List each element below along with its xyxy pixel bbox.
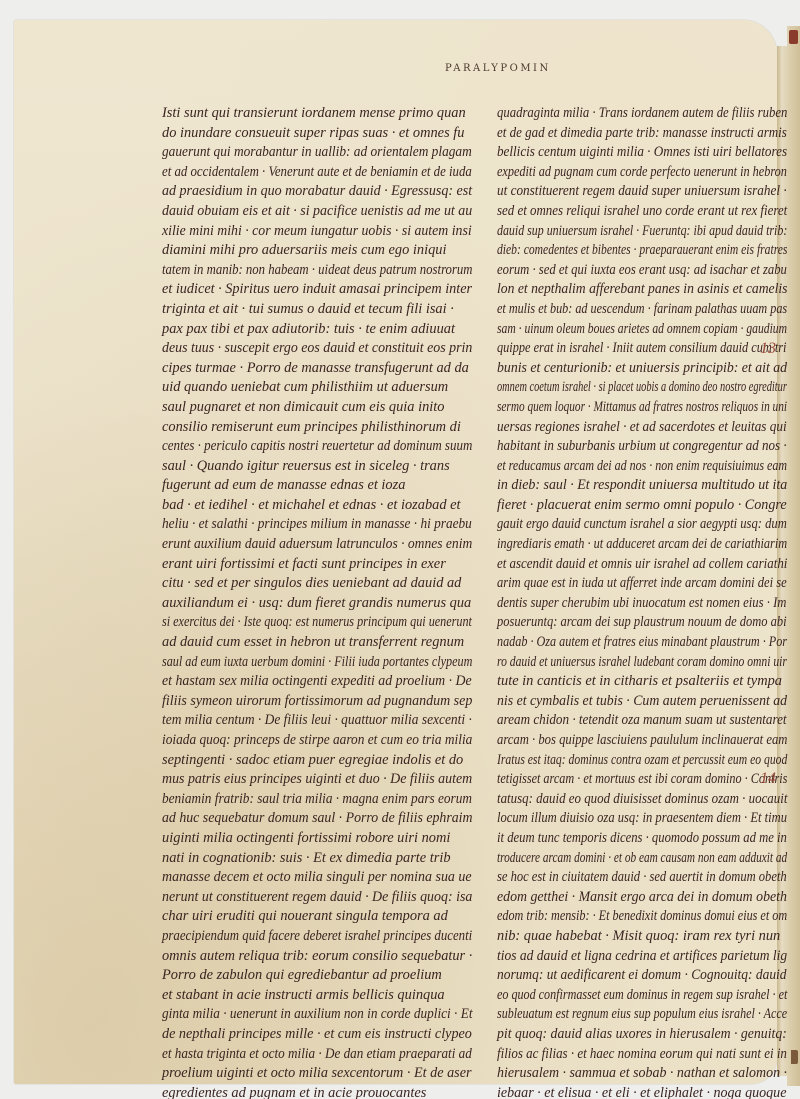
text-line: et hastam sex milia octingenti expediti …: [162, 672, 461, 692]
text-line: saul ad eum iuxta uerbum domini · Filii …: [162, 653, 424, 673]
text-line: et ascendit dauid et omnis uir israhel a…: [497, 555, 757, 575]
text-line: nadab · Oza autem et fratres eius minaba…: [497, 633, 742, 653]
text-line: citu · sed et per singulos dies uenieban…: [162, 574, 472, 594]
text-line: ut constituerent regem dauid super uniue…: [497, 182, 763, 202]
text-line: nerunt ut constituerent regem dauid · De…: [162, 888, 462, 908]
text-line: nis et cymbalis et tubis · Cum autem per…: [497, 692, 775, 712]
text-line: dentis super cherubim ubi inuocatum est …: [497, 594, 752, 614]
text-line: triginta et ait · tui sumus o dauid et t…: [162, 300, 472, 320]
text-line: in dieb: saul · Et respondit uniuersa mu…: [497, 476, 778, 496]
text-line: ad huc sequebatur domum saul · Porro de …: [162, 809, 461, 829]
text-line: bellicis centum uiginti milia · Omnes is…: [497, 143, 761, 163]
text-line: sam · uinum oleum boues arietes ad omnem…: [497, 320, 731, 340]
text-line: nib: quae habebat · Misit quoq: iram rex…: [497, 927, 787, 947]
text-line: tios ad dauid et ligna cedrina et artifi…: [497, 947, 769, 967]
text-line: subleuatum est regnum eius sup populum e…: [497, 1005, 740, 1025]
text-line: eorum · sed et qui iuxta eos erant usq: …: [497, 261, 752, 281]
text-line: omnem coetum israhel · si placet uobis a…: [497, 378, 706, 398]
text-line: ingrediaris emath · ut adduceret arcam d…: [497, 535, 745, 555]
text-line: tatem in manib: non habeam · uideat deus…: [162, 261, 437, 281]
text-line: fugerunt ad eum de manasse ednas et ioza: [162, 476, 472, 496]
text-line: troducere arcam domini · et ob eam causa…: [497, 849, 724, 869]
text-line: hierusalem · sammua et sobab · nathan et…: [497, 1064, 778, 1084]
text-column-left: Isti sunt qui transierunt iordanem mense…: [162, 104, 472, 1099]
text-line: fieret · placuerat enim sermo omni popul…: [497, 496, 781, 516]
text-line: omnis autem reliqua trib: eorum consilio…: [162, 947, 471, 967]
text-line: ioiada quoq: princeps de stirpe aaron et…: [162, 731, 450, 751]
text-line: lon et nepthalim afferebant panes in asi…: [497, 280, 772, 300]
text-line: Isti sunt qui transierunt iordanem mense…: [162, 104, 472, 124]
text-line: ad dauid cum esset in hebron ut transfer…: [162, 633, 472, 653]
text-line: de nepthali principes mille · et cum eis…: [162, 1025, 467, 1045]
text-line: et reducamus arcam dei ad nos · non enim…: [497, 457, 739, 477]
text-line: posueruntq: arcam dei sup plaustrum nouu…: [497, 613, 749, 633]
text-line: saul · Quando igitur reuersus est in sic…: [162, 457, 472, 477]
text-line: pit quoq: dauid alias uxores in hierusal…: [497, 1025, 775, 1045]
running-title: PARALYPOMIN: [445, 63, 551, 74]
text-line: nati in cognationib: suis · Et ex dimedi…: [162, 849, 472, 869]
text-line: uid quando ueniebat cum philisthiim ut a…: [162, 378, 472, 398]
text-line: arcam · bos quippe lasciuiens paululum i…: [497, 731, 752, 751]
text-line: et hasta triginta et octo milia · De dan…: [162, 1045, 445, 1065]
text-line: saul pugnaret et non dimicauit cum eis q…: [162, 398, 472, 418]
text-line: gauerunt qui morabantur in uallib: ad or…: [162, 143, 450, 163]
manuscript-scan: PARALYPOMIN Isti sunt qui transierunt io…: [0, 0, 800, 1099]
text-line: se hoc est in ciuitatem dauid · sed auer…: [497, 868, 750, 888]
text-line: mus patris eius principes uiginti et duo…: [162, 770, 462, 790]
text-line: ad praesidium in quo morabatur dauid · E…: [162, 182, 464, 202]
text-column-right: quadraginta milia · Trans iordanem autem…: [497, 104, 787, 1099]
marginal-number-14: 14: [760, 770, 776, 788]
text-line: locum illum diuisio oza usq: in praesent…: [497, 809, 750, 829]
text-line: diamini mihi pro aduersariis meis cum eg…: [162, 241, 472, 261]
text-line: beniamin fratrib: saul tria milia · magn…: [162, 790, 448, 810]
text-line: eo quod confirmasset eum dominus in rege…: [497, 986, 741, 1006]
text-line: et ad occidentalem · Venerunt aute et de…: [162, 163, 438, 183]
text-line: quippe erat in israhel · Iniit autem con…: [497, 339, 745, 359]
text-line: proelium uiginti et octo milia sexcentor…: [162, 1064, 468, 1084]
text-line: tute in canticis et in citharis et psalt…: [497, 672, 787, 692]
text-line: uersas regiones israhel · et ad sacerdot…: [497, 418, 763, 438]
text-line: cipes turmae · Porro de manasse transfug…: [162, 359, 472, 379]
text-line: septingenti · sadoc etiam puer egregiae …: [162, 751, 472, 771]
text-line: dieb: comedentes et bibentes · praeparau…: [497, 241, 731, 261]
marginal-number-13: 13: [760, 340, 776, 358]
text-line: char uiri eruditi qui nouerant singula t…: [162, 907, 472, 927]
text-line: tatusq: dauid eo quod diuisisset dominus…: [497, 790, 757, 810]
text-line: filios ac filias · et haec nomina eorum …: [497, 1045, 758, 1065]
text-line: gauit ergo dauid cunctum israhel a sior …: [497, 515, 751, 535]
text-line: tetigisset arcam · et mortuus est ibi co…: [497, 770, 743, 790]
text-line: norumq: ut aedificarent ei domum · Cogno…: [497, 966, 768, 986]
text-line: expediti ad pugnam cum corde perfecto ue…: [497, 163, 744, 183]
text-line: arim quae est in iuda ut afferret inde a…: [497, 574, 750, 594]
text-line: erant uiri fortissimi et facti sunt prin…: [162, 555, 472, 575]
text-line: uiginti milia octingenti fortissimi robo…: [162, 829, 472, 849]
text-line: edom getthei · Mansit ergo arca dei in d…: [497, 888, 776, 908]
text-line: et de gad et dimedia parte trib: manasse…: [497, 124, 759, 144]
text-line: erunt auxilium dauid aduersum latrunculo…: [162, 535, 454, 555]
text-line: manasse decem et octo milia singuli per …: [162, 868, 463, 888]
text-line: tem milia centum · De filiis leui · quat…: [162, 711, 452, 731]
text-line: et mulis et bub: ad uescendum · farinam …: [497, 300, 742, 320]
text-line: si exercitus dei · Iste quoq: est numeru…: [162, 613, 424, 633]
text-line: praecipiendum quid facere deberet israhe…: [162, 927, 439, 947]
text-line: consilio remiserunt eum principes philis…: [162, 418, 472, 438]
text-line: ro dauid et uniuersus israhel ludebant c…: [497, 653, 731, 673]
text-line: iebaar · et elisua · et eli · et eliphal…: [497, 1084, 780, 1099]
text-line: et iudicet · Spiritus uero induit amasai…: [162, 280, 469, 300]
text-line: sermo quem loquor · Mittamus ad fratres …: [497, 398, 725, 418]
text-line: xilie mini mihi · cor meum iungatur uobi…: [162, 222, 460, 242]
text-line: sed et omnes reliqui israhel uno corde e…: [497, 202, 757, 222]
text-line: egredientes ad pugnam et in acie prouoca…: [162, 1084, 472, 1099]
text-line: dauid sup uniuersum israhel · Fueruntq: …: [497, 222, 737, 242]
text-line: auxiliandum ei · usq: dum fieret grandis…: [162, 594, 472, 614]
text-line: edom trib: mensib: · Et benedixit dominu…: [497, 907, 742, 927]
text-line: pax pax tibi et pax adiutorib: tuis · te…: [162, 320, 472, 340]
text-line: bad · et iedihel · et michahel et ednas …: [162, 496, 472, 516]
text-line: dauid obuiam eis et ait · si pacifice ue…: [162, 202, 462, 222]
text-line: ginta milia · uenerunt in auxilium non i…: [162, 1005, 448, 1025]
text-line: it deum tunc temporis dicens · quomodo p…: [497, 829, 752, 849]
text-line: Iratus est itaq: dominus contra ozam et …: [497, 751, 732, 771]
text-line: et stabant in acie instructi armis belli…: [162, 986, 472, 1006]
text-line: do inundare consueuit super ripas suas ·…: [162, 124, 472, 144]
text-line: quadraginta milia · Trans iordanem autem…: [497, 104, 753, 124]
text-line: heliu · et salathi · principes milium in…: [162, 515, 449, 535]
text-line: filiis symeon uirorum fortissimorum ad p…: [162, 692, 463, 712]
bookmark-ribbon: [789, 30, 798, 44]
text-line: Porro de zabulon qui egrediebantur ad pr…: [162, 966, 472, 986]
text-line: centes · periculo capitis nostri reuerte…: [162, 437, 441, 457]
text-line: deus tuus · suscepit ergo eos dauid et c…: [162, 339, 461, 359]
text-line: aream chidon · tetendit oza manum suam u…: [497, 711, 761, 731]
text-line: bunis et centurionib: et uniuersis princ…: [497, 359, 775, 379]
text-line: habitant in suburbanis urbium ut congreg…: [497, 437, 760, 457]
